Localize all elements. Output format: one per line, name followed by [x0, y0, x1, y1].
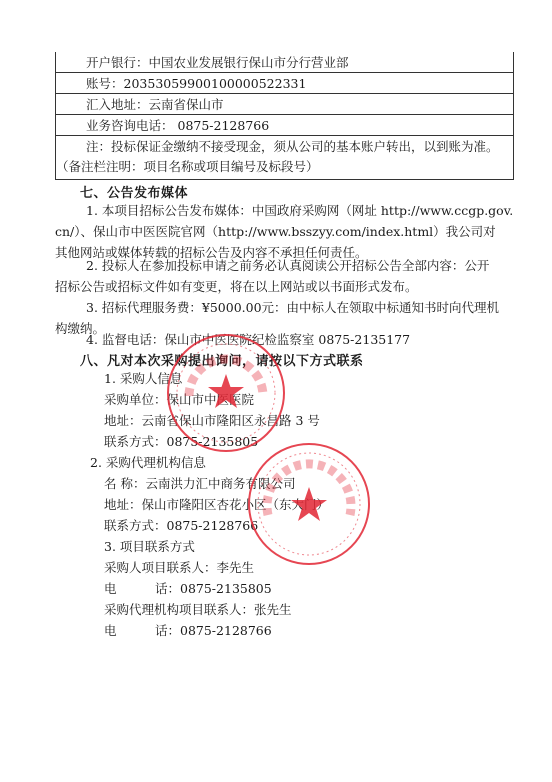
purchaser-contact: 联系方式：0875-2135805: [104, 431, 258, 452]
table-row-account: 账号：20353059900100000522331: [56, 73, 513, 94]
text-line: 2. 投标人在参加投标申请之前务必认真阅读公开招标公告全部内容：公开: [60, 255, 514, 276]
account-value: 20353059900100000522331: [124, 76, 307, 91]
document-page: 开户银行：中国农业发展银行保山市分行营业部 账号：203530599001000…: [0, 0, 552, 782]
account-label: 账号：: [86, 76, 124, 91]
agency-info-title: 2. 采购代理机构信息: [90, 452, 206, 473]
section-7-item-4: 4. 监督电话：保山市中医医院纪检监察室 0875-2135177: [60, 329, 514, 350]
agency-phone: 话：0875-2128766: [155, 620, 272, 641]
agency-name: 名 称：云南洪力汇中商务有限公司: [104, 473, 295, 494]
phone-label: 业务咨询电话：: [86, 118, 174, 133]
text-line: 4. 监督电话：保山市中医医院纪检监察室 0875-2135177: [60, 329, 514, 350]
bank-value: 中国农业发展银行保山市分行营业部: [149, 55, 349, 70]
text-line: cn/）、保山市中医医院官网（http://www.bsszyy.com/ind…: [55, 221, 514, 242]
note-line-1: 注：投标保证金缴纳不接受现金，须从公司的基本账户转出，以到账为准。: [56, 137, 513, 157]
project-contact-title: 3. 项目联系方式: [104, 536, 195, 557]
address-value: 云南省保山市: [149, 97, 224, 112]
phone-value: 0875-2128766: [174, 118, 270, 133]
table-row-note: 注：投标保证金缴纳不接受现金，须从公司的基本账户转出，以到账为准。 （备注栏注明…: [56, 136, 513, 179]
section-8-heading: 八、凡对本次采购提出询问，请按以下方式联系: [80, 350, 364, 369]
text-line: 3. 招标代理服务费：¥5000.00元：由中标人在领取中标通知书时向代理机: [60, 297, 514, 318]
note-line-2: （备注栏注明：项目名称或项目编号及标段号）: [56, 157, 513, 177]
table-row-phone: 业务咨询电话： 0875-2128766: [56, 115, 513, 136]
table-row-bank: 开户银行：中国农业发展银行保山市分行营业部: [56, 52, 513, 73]
agency-phone-label: 电: [104, 620, 117, 641]
purchaser-info-title: 1. 采购人信息: [104, 368, 182, 389]
purchaser-unit: 采购单位：保山市中医医院: [104, 389, 254, 410]
bank-label: 开户银行：: [86, 55, 149, 70]
table-row-address: 汇入地址：云南省保山市: [56, 94, 513, 115]
bank-info-table: 开户银行：中国农业发展银行保山市分行营业部 账号：203530599001000…: [55, 52, 514, 180]
purchaser-phone-label: 电: [104, 578, 117, 599]
purchaser-project-contact: 采购人项目联系人：李先生: [104, 557, 254, 578]
text-line: 1. 本项目招标公告发布媒体：中国政府采购网（网址 http://www.ccg…: [60, 200, 514, 221]
text-line: 招标公告或招标文件如有变更，将在以上网站或以书面形式发布。: [55, 276, 514, 297]
section-7-item-2: 2. 投标人在参加投标申请之前务必认真阅读公开招标公告全部内容：公开 招标公告或…: [60, 255, 514, 297]
agency-address: 地址：保山市隆阳区杏花小区（东大门）: [104, 494, 329, 515]
section-7-item-1: 1. 本项目招标公告发布媒体：中国政府采购网（网址 http://www.ccg…: [60, 200, 514, 263]
agency-contact: 联系方式：0875-2128766: [104, 515, 258, 536]
purchaser-phone: 话：0875-2135805: [155, 578, 272, 599]
purchaser-address: 地址：云南省保山市隆阳区永昌路 3 号: [104, 410, 320, 431]
section-7-heading: 七、公告发布媒体: [80, 182, 188, 201]
agency-project-contact: 采购代理机构项目联系人：张先生: [104, 599, 292, 620]
address-label: 汇入地址：: [86, 97, 149, 112]
